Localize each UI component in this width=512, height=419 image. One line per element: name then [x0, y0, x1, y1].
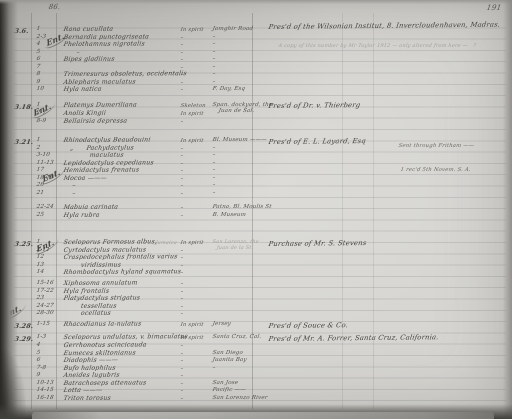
specimen-number: 18-19: [36, 176, 54, 182]
nature-of-specimen: In spirit: [180, 139, 204, 144]
specimen-number: 14: [36, 270, 44, 276]
specimen-number: 17-22: [36, 289, 54, 295]
species-name: Hyla frontalis: [63, 288, 110, 295]
nature-of-specimen: –: [180, 81, 184, 86]
specimen-number: 8: [36, 72, 41, 78]
nature-of-specimen: –: [180, 297, 184, 302]
locality-or-donor: –: [212, 72, 216, 78]
locality-or-donor: F. Day, Esq: [212, 87, 245, 93]
locality-or-donor: San Lorenzo River: [212, 396, 268, 402]
specimen-number: 28-30: [36, 311, 54, 317]
acquisition-pencil-note: A copy of this number by Mr Taylor 1912 …: [278, 44, 476, 49]
locality-or-donor: –: [212, 146, 216, 152]
species-name: Lepidodactylus cepedianus: [63, 160, 154, 167]
nature-of-specimen: –: [180, 147, 184, 152]
nature-of-specimen: –: [180, 58, 184, 63]
specimen-number: 15-16: [36, 281, 54, 287]
species-name: Rhinodactylus Beaudouini: [63, 137, 151, 144]
acquisition-remark: Pres'd of E. L. Layard, Esq: [268, 138, 366, 146]
species-name: Batrachoseps attenuatus: [63, 380, 147, 387]
species-name: Aneides lugubris: [63, 373, 120, 380]
specimen-number: 25: [36, 213, 44, 219]
nature-of-specimen: –: [180, 120, 184, 125]
nature-of-specimen: –: [180, 73, 184, 78]
locality-or-donor: –: [212, 168, 216, 174]
locality-or-donor: Jersey: [212, 322, 231, 328]
side-note: Sent through Fritham ——: [398, 144, 474, 149]
locality-or-donor: –: [212, 366, 216, 372]
locality-or-donor: Santa Cruz, Cal.: [212, 335, 262, 341]
nature-of-specimen: –: [180, 374, 184, 379]
locality-second-line: Juan de Sal.: [218, 109, 255, 115]
handwritten-entries-layer: 86. 191 3.6.Ent.1Rana cucullataIn spirit…: [0, 0, 512, 419]
specimen-number: 2: [36, 146, 41, 152]
locality-or-donor: B. Museum: [212, 213, 246, 219]
locality-or-donor: –: [212, 65, 216, 71]
nature-of-specimen: –: [180, 256, 184, 261]
locality-or-donor: –: [212, 42, 216, 48]
species-name: Craspedocephalus frontalis varius: [63, 254, 178, 261]
specimen-number: 1: [36, 27, 41, 33]
nature-of-specimen: –: [180, 184, 184, 189]
nature-of-specimen: In spirit: [180, 241, 204, 246]
species-name: Gerrhonotus scincicauda: [63, 342, 147, 349]
species-name: –: [63, 183, 76, 189]
specimen-number: 5: [36, 50, 41, 56]
specimen-number: 10-13: [36, 381, 54, 387]
species-name: Sceloporus Formosus albus,: [63, 239, 157, 246]
nature-of-specimen: –: [180, 367, 184, 372]
locality-pencil-note: Juan de la St.: [216, 246, 254, 251]
specimen-number: 11-13: [36, 161, 54, 167]
nature-of-specimen: –: [180, 389, 184, 394]
nature-of-specimen: –: [180, 305, 184, 310]
specimen-number: 5: [36, 351, 41, 357]
species-name: Rana cucullata: [63, 27, 114, 34]
specimen-number: 23: [36, 296, 44, 302]
species-name: Platemys Dumeriliana: [63, 102, 137, 109]
folio-number-right: 191: [486, 4, 502, 12]
species-name: Mabuia carinata: [63, 205, 119, 212]
nature-of-specimen: –: [180, 214, 184, 219]
folio-number-left: 86.: [48, 4, 61, 11]
specimen-number: 4: [36, 42, 41, 48]
nature-of-specimen: In spirit: [180, 323, 204, 328]
species-name: Triton torosus: [63, 395, 111, 402]
locality-or-donor: Juanita Bay: [212, 358, 247, 364]
specimen-number: 10: [36, 87, 44, 93]
species-name: Diadophis ———: [63, 358, 119, 365]
species-name: –: [63, 190, 76, 196]
side-note: 1 rec'd 5th Novem. S. A.: [400, 168, 471, 173]
species-name: –: [63, 49, 80, 55]
species-name: Lotta ———: [63, 388, 103, 394]
locality-or-donor: Jamghir Road: [212, 27, 253, 33]
specimen-number: 6: [36, 358, 41, 364]
specimen-number: 8-9: [36, 119, 46, 125]
binding-gutter-shadow: [0, 0, 18, 419]
nature-of-specimen: –: [180, 271, 184, 276]
species-name: Rhombodactylus hyland squamatus: [63, 269, 181, 276]
specimen-number: 14-15: [36, 388, 54, 394]
locality-or-donor: –: [212, 161, 216, 167]
acquisition-remark: Pres'd of Mr. A. Forrer, Santa Cruz, Cal…: [268, 334, 439, 343]
specimen-number: 21: [36, 191, 44, 197]
nature-of-specimen: –: [180, 382, 184, 387]
nature-of-specimen: Skeleton: [180, 104, 206, 109]
nature-of-specimen: –: [180, 282, 184, 287]
top-page-edge: [0, 0, 512, 4]
locality-or-donor: –: [212, 35, 216, 41]
nature-of-specimen: –: [180, 169, 184, 174]
nature-of-specimen: In spirit: [180, 336, 204, 341]
locality-or-donor: –: [212, 50, 216, 56]
species-name: Hyla natica: [63, 87, 102, 93]
species-name: ocellatus: [63, 311, 111, 318]
species-name: maculatus: [63, 153, 124, 160]
species-pencil-note: Jamaica: [155, 241, 177, 246]
specimen-number: 17: [36, 168, 44, 174]
specimen-number: 1: [36, 138, 41, 144]
species-name: Xiphosoma annulatum: [63, 280, 138, 287]
species-name: Sceloporus undulatus, v. bimaculatus: [63, 334, 188, 341]
specimen-number: 7: [36, 65, 41, 71]
species-name: Mocoa ———: [63, 175, 107, 182]
species-name: Eumeces skiltonianus: [63, 350, 136, 357]
specimen-number: 22-24: [36, 205, 54, 211]
locality-or-donor: Patna, Bl. Moulis St: [212, 205, 272, 211]
specimen-number: 7-8: [36, 366, 46, 372]
species-name: Anolis Kingii: [63, 111, 106, 117]
species-name: Bellairsia depressa: [63, 119, 128, 126]
nature-of-specimen: In spirit: [180, 112, 204, 117]
specimen-number: 9: [36, 373, 41, 379]
nature-of-specimen: –: [180, 352, 184, 357]
specimen-number: 13: [36, 263, 44, 269]
acquisition-remark: Purchase of Mr. S. Stevens: [268, 240, 367, 248]
specimen-number: 2-3: [36, 35, 46, 41]
species-name: Phelothamnus nigrotalis: [63, 41, 145, 48]
specimen-number: 24-27: [36, 304, 54, 310]
locality-or-donor: –: [212, 80, 216, 86]
acquisition-remark: Pres'd of Souce & Co.: [268, 322, 348, 330]
nature-of-specimen: –: [180, 397, 184, 402]
species-name: Hemidactylus frenatus: [63, 167, 140, 174]
locality-or-donor: San Diego: [212, 351, 243, 357]
species-name: Platydactylus strigatus: [63, 295, 141, 302]
species-name: Hyla rubra: [63, 212, 100, 218]
nature-of-specimen: –: [180, 51, 184, 56]
locality-or-donor: San Jose: [212, 381, 238, 387]
locality-or-donor: –: [212, 176, 216, 182]
locality-or-donor: –: [212, 191, 216, 197]
specimen-number: 12: [36, 255, 44, 261]
locality-or-donor: Pacific ——: [212, 388, 246, 394]
locality-or-donor: –: [212, 57, 216, 63]
nature-of-specimen: –: [180, 177, 184, 182]
nature-of-specimen: –: [180, 162, 184, 167]
right-page-edge: [503, 0, 512, 419]
nature-of-specimen: –: [180, 312, 184, 317]
species-name: Rhacodianus la-nulatus: [63, 321, 142, 328]
specimen-number: 2-11: [36, 248, 50, 254]
specimen-number: 3-10: [36, 153, 50, 159]
specimen-number: 1-3: [36, 335, 46, 341]
nature-of-specimen: –: [180, 344, 184, 349]
nature-of-specimen: –: [180, 43, 184, 48]
nature-of-specimen: –: [180, 88, 184, 93]
nature-of-specimen: –: [180, 290, 184, 295]
locality-or-donor: –: [212, 183, 216, 189]
specimen-number: 4: [36, 343, 41, 349]
locality-or-donor: Bl. Museum ———: [212, 138, 267, 144]
specimen-number: 20: [36, 183, 44, 189]
specimen-number: 6: [36, 57, 41, 63]
specimen-number: 9: [36, 80, 41, 86]
nature-of-specimen: –: [180, 154, 184, 159]
specimen-number: 1-15: [36, 322, 50, 328]
nature-of-specimen: –: [180, 192, 184, 197]
acquisition-remark: Pres'd of Dr. v. Thierberg: [268, 102, 361, 110]
nature-of-specimen: –: [180, 206, 184, 211]
nature-of-specimen: In spirit: [180, 28, 204, 33]
register-page: 86. 191 3.6.Ent.1Rana cucullataIn spirit…: [0, 0, 512, 419]
specimen-number: 16-18: [36, 396, 54, 402]
species-name: Ablepharis maculatus: [63, 79, 136, 86]
next-page-edge: [32, 412, 494, 419]
specimen-number: 2-7: [36, 111, 46, 117]
nature-of-specimen: –: [180, 359, 184, 364]
nature-of-specimen: –: [180, 36, 184, 41]
species-name: Bipes gladiinus: [63, 57, 115, 64]
acquisition-remark: Pres'd of the Wilsonian Institut, 8. Inv…: [268, 22, 501, 31]
nature-of-specimen: –: [180, 249, 184, 254]
species-name: Trimeresurus obsoletus, occidentalis: [63, 71, 187, 78]
locality-or-donor: –: [212, 153, 216, 159]
